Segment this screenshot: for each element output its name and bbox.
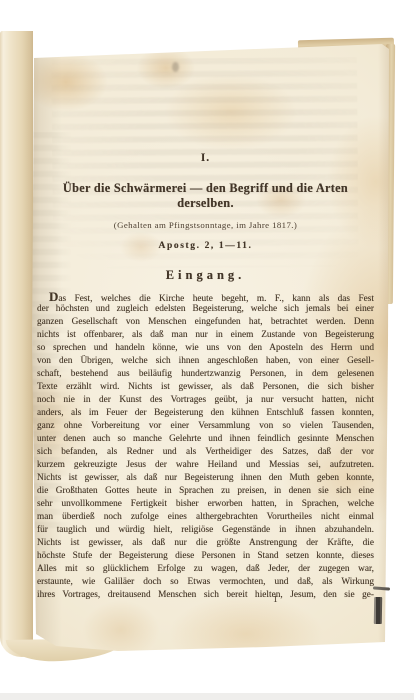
- body-line: Nichts ist gewisser, als daß nur Begeist…: [37, 472, 374, 485]
- body-line: schaft, bestehend aus beiläufig hundertz…: [37, 368, 374, 381]
- body-line: sehr unvollkommene Fertigkeit bisher erw…: [37, 498, 374, 511]
- body-line: Texte erzählt wird. Nichts ist gewisser,…: [37, 381, 374, 394]
- body-line: kurzem gekreuzigte Jesus der wahre Heila…: [37, 459, 374, 472]
- left-page-stack: [0, 31, 33, 657]
- page-title-line-1: Über die Schwärmerei — den Begriff und d…: [37, 181, 374, 196]
- section-number: I.: [37, 152, 374, 164]
- body-line: unter denen auch so manche Gelehrte und …: [37, 433, 374, 446]
- cradle-clasp-bar: [374, 597, 382, 624]
- page-number: 1: [273, 595, 278, 605]
- body-line: der höchsten und zugleich edelsten Begei…: [37, 303, 374, 316]
- body-line: erstaunte, wie Galiläer doch so Etwas ve…: [37, 576, 374, 589]
- body-line: höchste Stufe der Begeisterung diese Per…: [37, 550, 374, 563]
- body-line: anders, als im Feuer der Begeisterung de…: [37, 407, 374, 420]
- body-line: sich befanden, als Redner und als Verthe…: [37, 446, 374, 459]
- page-title-line-2: derselben.: [37, 196, 374, 211]
- body-line: Das Fest, welches die Kirche heute begeh…: [37, 290, 374, 303]
- body-line: die Großthaten Gottes heute in Sprachen …: [37, 485, 374, 498]
- body-line: ihres Vortrages, dreitausend Menschen si…: [37, 589, 374, 602]
- book-photograph: I. Über die Schwärmerei — den Begriff un…: [0, 0, 414, 700]
- body-line: so sprechen und handeln könne, wie uns v…: [37, 342, 374, 355]
- scripture-reference: Apostg. 2, 1—11.: [37, 241, 374, 251]
- body-line: für tauglich und würdig hielt, religiöse…: [37, 524, 374, 537]
- section-heading: Eingang.: [37, 268, 374, 283]
- body-line: ganz ohne Vorbereitung vor einer Versamm…: [37, 420, 374, 433]
- body-line: man überdieß noch zufolge eines altherge…: [37, 511, 374, 524]
- body-line: nichts ist offenbarer, als daß man nur i…: [37, 329, 374, 342]
- body-line: noch nie in der Kunst des Vortrages geüb…: [37, 394, 374, 407]
- sermon-subtitle: (Gehalten am Pfingstsonntage, im Jahre 1…: [37, 220, 374, 230]
- body-line: Alles mit so glücklichem Erfolge zu wage…: [37, 563, 374, 576]
- body-text: Das Fest, welches die Kirche heute begeh…: [37, 290, 374, 602]
- body-line: ganzen Gesellschaft von Menschen eingefu…: [37, 316, 374, 329]
- body-line: Nichts ist gewisser, als daß nur die grö…: [37, 537, 374, 550]
- body-line: von den Übrigen, welche sich ihnen anges…: [37, 355, 374, 368]
- printed-content: I. Über die Schwärmerei — den Begriff un…: [37, 0, 374, 700]
